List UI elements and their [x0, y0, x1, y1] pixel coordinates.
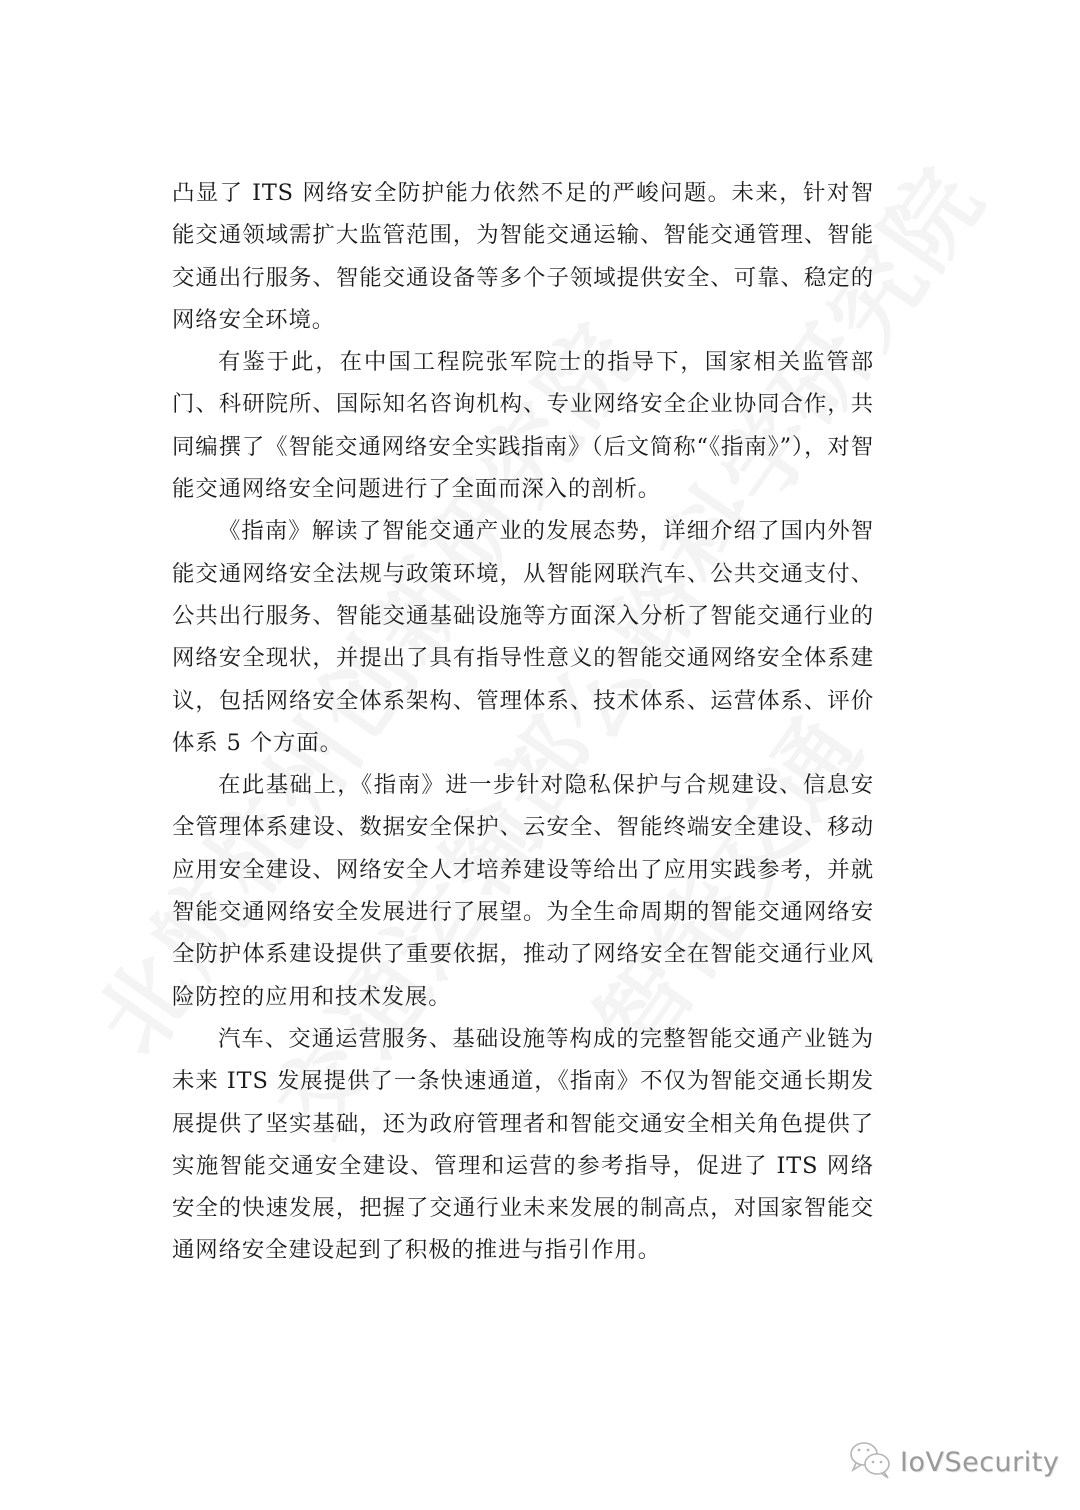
document-body: 凸显了 ITS 网络安全防护能力依然不足的严峻问题。未来，针对智能交通领域需扩大… [172, 172, 874, 1272]
paragraph: 在此基础上，《指南》进一步针对隐私保护与合规建设、信息安全管理体系建设、数据安全… [172, 764, 874, 1018]
wechat-icon [848, 1440, 894, 1484]
paragraph: 有鉴于此，在中国工程院张军院士的指导下，国家相关监管部门、科研院所、国际知名咨询… [172, 341, 874, 510]
account-logo: IoVSecurity [848, 1440, 1059, 1484]
logo-text: IoVSecurity [900, 1447, 1059, 1478]
paragraph: 凸显了 ITS 网络安全防护能力依然不足的严峻问题。未来，针对智能交通领域需扩大… [172, 172, 874, 341]
paragraph: 汽车、交通运营服务、基础设施等构成的完整智能交通产业链为未来 ITS 发展提供了… [172, 1018, 874, 1272]
paragraph: 《指南》解读了智能交通产业的发展态势，详细介绍了国内外智能交通网络安全法规与政策… [172, 510, 874, 764]
